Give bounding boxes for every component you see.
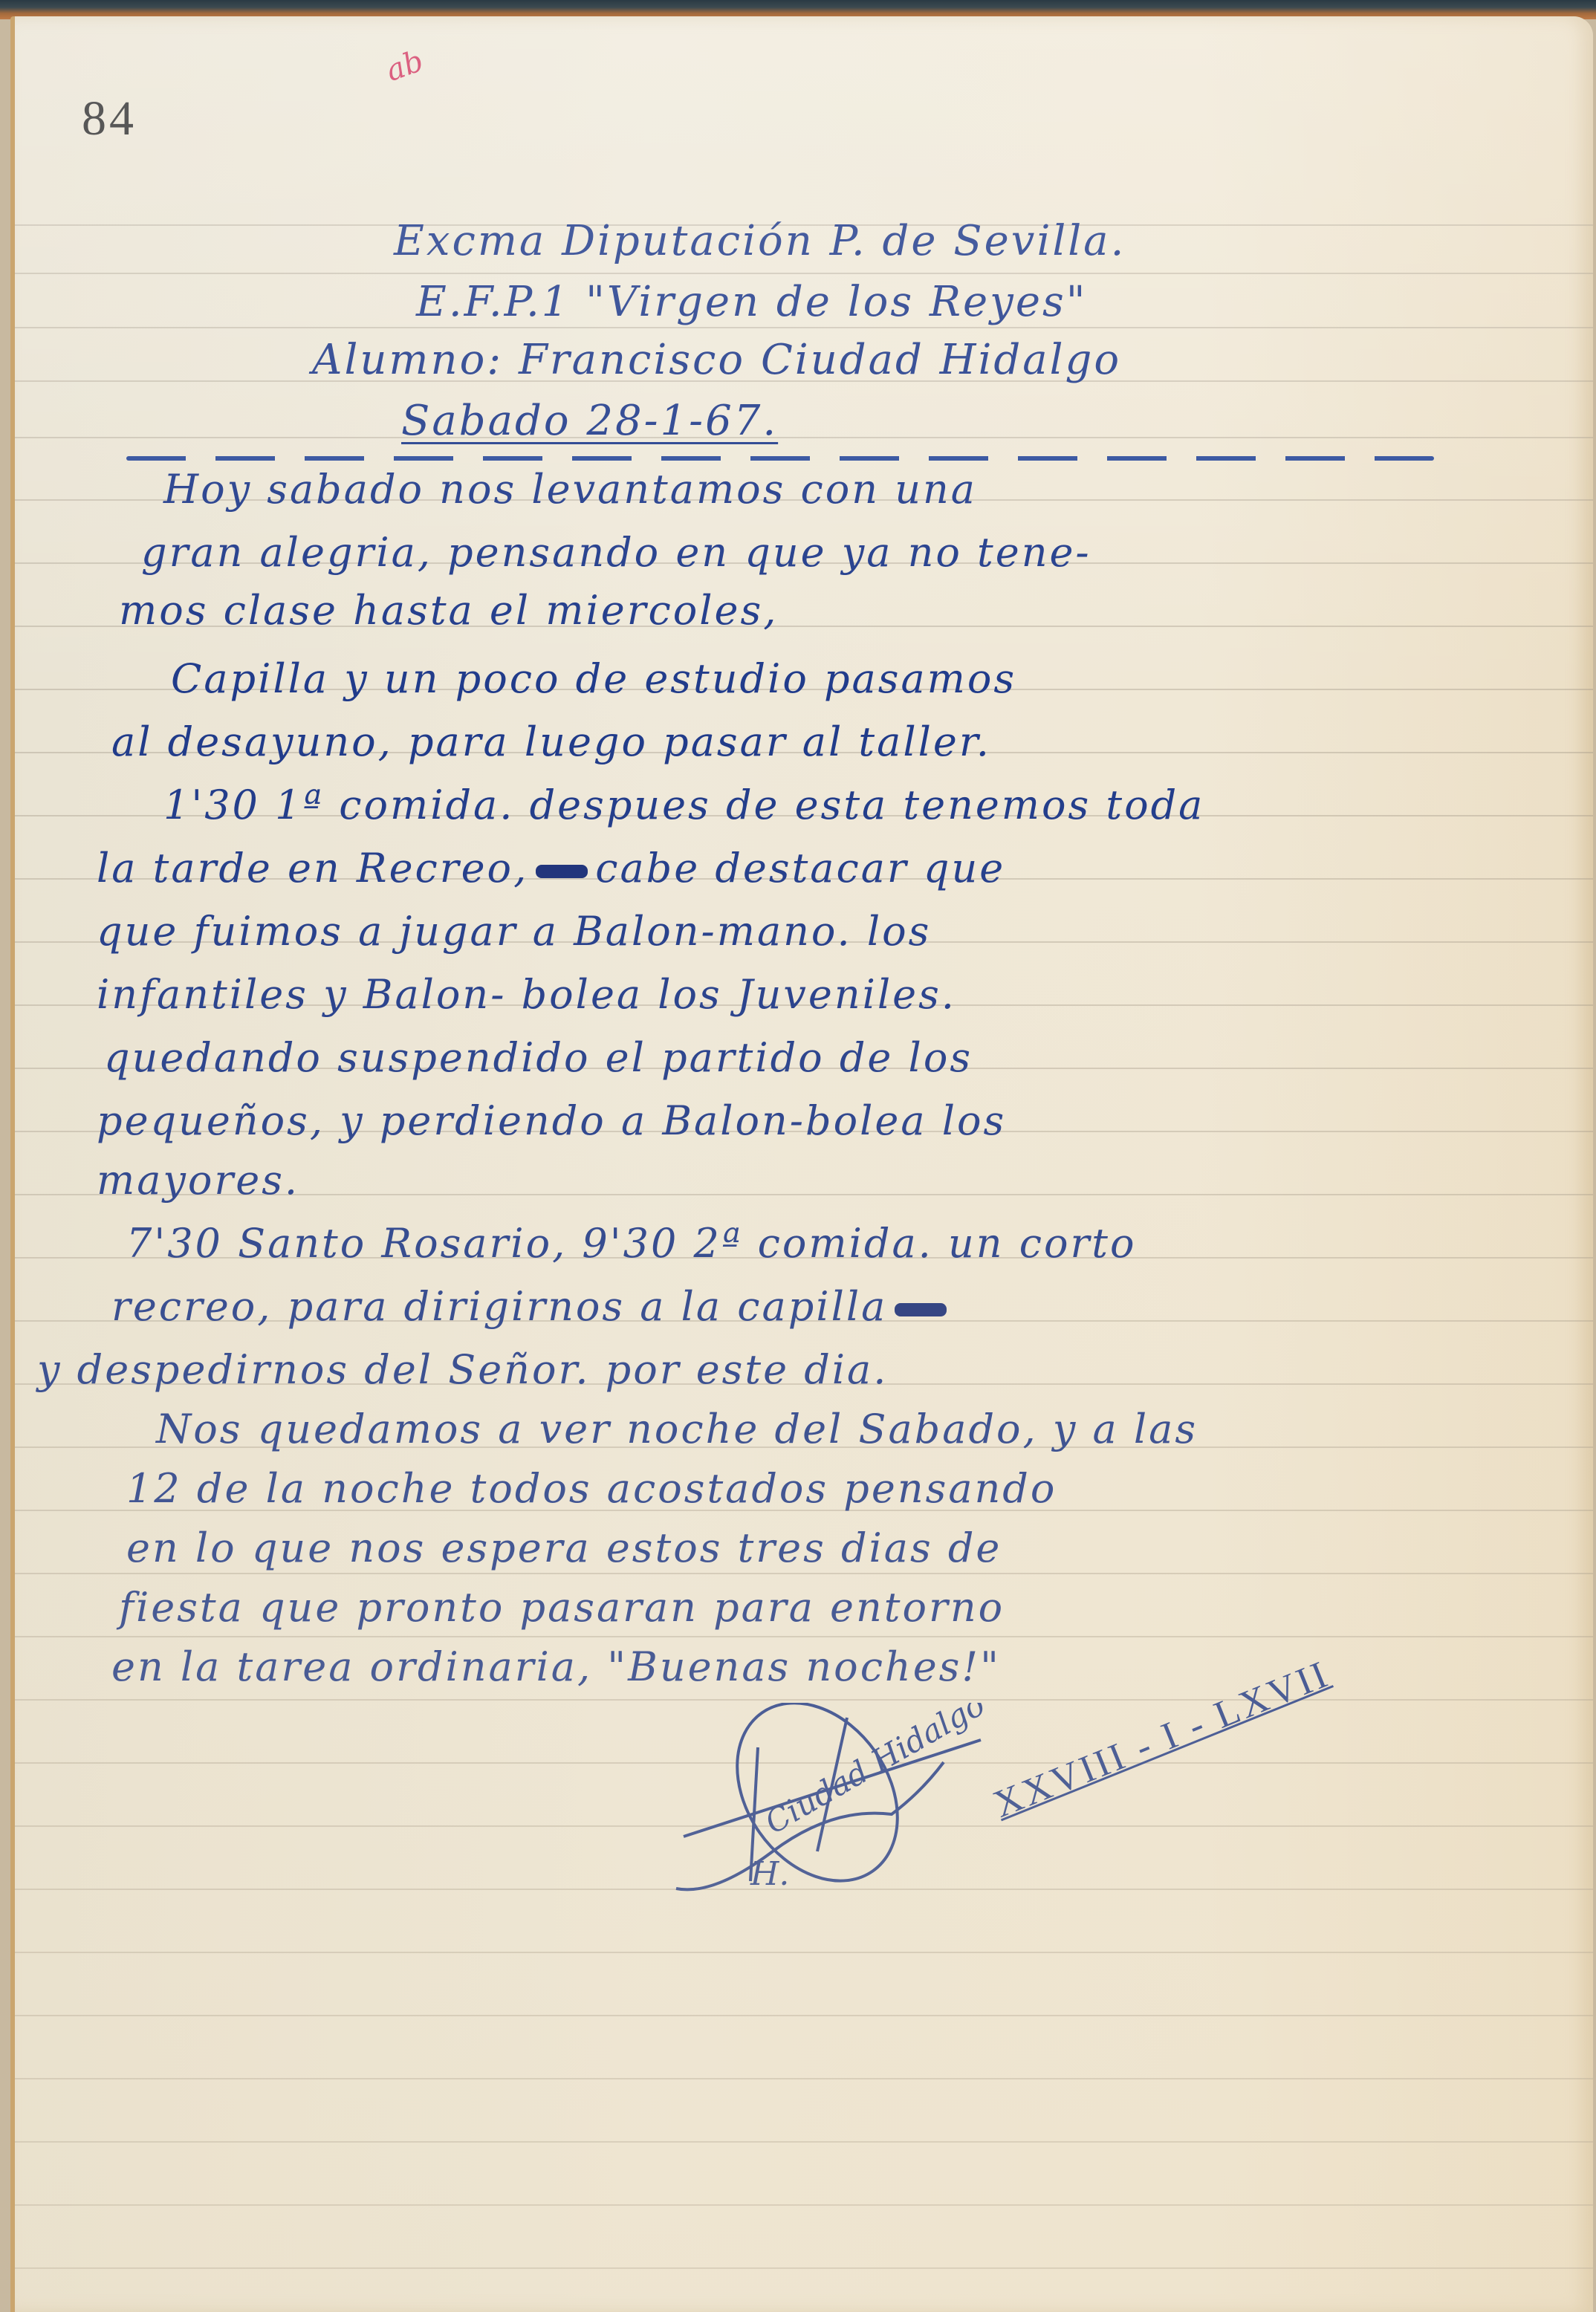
notebook-page: 84 ab Excma Diputación P. de Sevilla. E.… xyxy=(10,16,1593,2312)
ruled-line xyxy=(15,2267,1593,2269)
body-line: gran alegria, pensando en que ya no tene… xyxy=(141,529,1091,576)
body-line: Hoy sabado nos levantamos con una xyxy=(163,466,977,513)
body-line: y despedirnos del Señor. por este dia. xyxy=(37,1346,888,1393)
red-margin-mark: ab xyxy=(382,44,428,88)
header-student: Alumno: Francisco Ciudad Hidalgo xyxy=(312,336,1121,384)
ruled-line xyxy=(15,2141,1593,2143)
body-line-part: recreo, para dirigirnos a la capilla xyxy=(111,1283,887,1330)
body-line-part: la tarde en Recreo, xyxy=(97,845,528,892)
ruled-line xyxy=(15,2204,1593,2206)
signature-icon: Ciudad Hidalgo H. xyxy=(669,1703,1025,1896)
body-line: mayores. xyxy=(97,1157,299,1204)
body-line: fiesta que pronto pasaran para entorno xyxy=(119,1584,1005,1631)
body-line: que fuimos a jugar a Balon-mano. los xyxy=(97,908,931,955)
ruled-line xyxy=(15,1636,1593,1637)
ruled-line xyxy=(15,1699,1593,1701)
body-line: Capilla y un poco de estudio pasamos xyxy=(171,655,1016,702)
ruled-line xyxy=(15,327,1593,328)
page-number: 84 xyxy=(82,91,137,147)
body-line: infantiles y Balon- bolea los Juveniles. xyxy=(97,971,956,1018)
body-line: quedando suspendido el partido de los xyxy=(104,1034,973,1081)
ruled-line xyxy=(15,437,1593,438)
svg-text:H.: H. xyxy=(750,1855,789,1893)
body-line: recreo, para dirigirnos a la capilla xyxy=(111,1283,954,1330)
body-line: al desayuno, para luego pasar al taller. xyxy=(111,718,991,765)
body-line: en lo que nos espera estos tres dias de xyxy=(126,1524,1002,1571)
body-line: en la tarea ordinaria, "Buenas noches!" xyxy=(111,1643,1001,1690)
header-date: Sabado 28-1-67. xyxy=(401,397,778,445)
body-line: 1'30 1ª comida. despues de esta tenemos … xyxy=(163,782,1204,828)
ruled-line xyxy=(15,273,1593,274)
ink-strikeout xyxy=(895,1303,947,1316)
svg-text:Ciudad Hidalgo: Ciudad Hidalgo xyxy=(759,1703,990,1841)
body-line: pequeños, y perdiendo a Balon-bolea los xyxy=(97,1097,1006,1144)
roman-numeral-date: XXVIII - I - LXVII xyxy=(987,1652,1336,1827)
ink-strikeout xyxy=(536,865,588,878)
ruled-line xyxy=(15,2078,1593,2079)
header-institution: Excma Diputación P. de Sevilla. xyxy=(394,217,1126,265)
header-school: E.F.P.1 "Virgen de los Reyes" xyxy=(416,278,1087,326)
body-line-part: cabe destacar que xyxy=(595,845,1005,892)
body-line: 7'30 Santo Rosario, 9'30 2ª comida. un c… xyxy=(126,1220,1137,1267)
ruled-line xyxy=(15,2015,1593,2016)
body-line: la tarde en Recreo,cabe destacar que xyxy=(97,845,1005,892)
body-line: Nos quedamos a ver noche del Sabado, y a… xyxy=(156,1406,1198,1452)
body-line: 12 de la noche todos acostados pensando xyxy=(126,1465,1057,1512)
dashed-separator xyxy=(126,456,1434,461)
ruled-line xyxy=(15,1952,1593,1953)
ruled-line xyxy=(15,1573,1593,1574)
body-line: mos clase hasta el miercoles, xyxy=(119,587,778,634)
